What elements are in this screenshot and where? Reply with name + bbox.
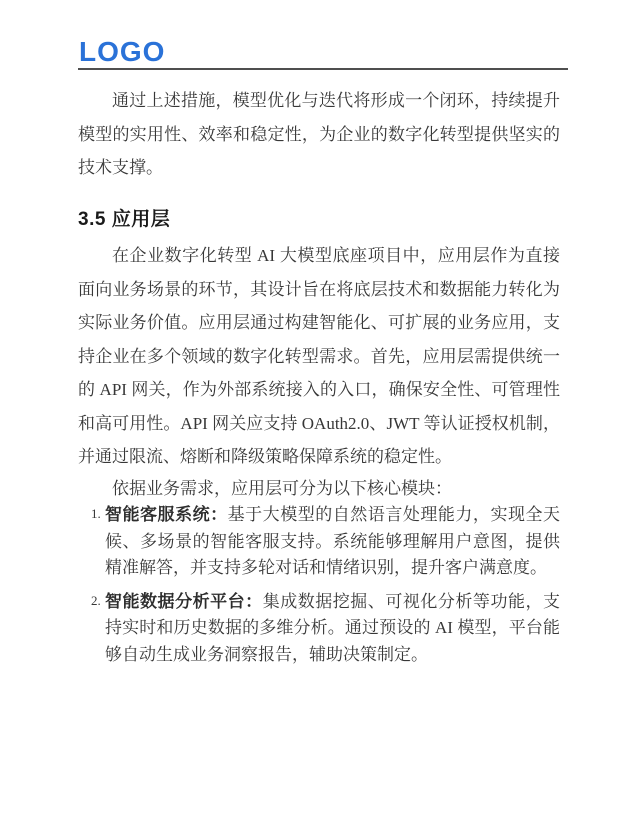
paragraph-model-optimization: 通过上述措施，模型优化与迭代将形成一个闭环，持续提升模型的实用性、效率和稳定性，… [78, 84, 560, 185]
list-item-customer-service: 1. 智能客服系统：基于大模型的自然语言处理能力，实现全天候、多场景的智能客服支… [78, 502, 560, 582]
list-number: 1. [91, 507, 101, 520]
paragraph-core-modules-lead-in: 依据业务需求，应用层可分为以下核心模块： [78, 472, 560, 506]
list-item-title: 智能数据分析平台： [105, 592, 263, 611]
document-content: 通过上述措施，模型优化与迭代将形成一个闭环，持续提升模型的实用性、效率和稳定性，… [78, 0, 560, 829]
list-item-title: 智能客服系统： [105, 505, 228, 524]
core-modules-list: 1. 智能客服系统：基于大模型的自然语言处理能力，实现全天候、多场景的智能客服支… [78, 502, 560, 675]
document-page: LOGO 通过上述措施，模型优化与迭代将形成一个闭环，持续提升模型的实用性、效率… [0, 0, 640, 829]
paragraph-application-layer-intro: 在企业数字化转型 AI 大模型底座项目中，应用层作为直接面向业务场景的环节，其设… [78, 239, 560, 474]
section-heading-3-5: 3.5 应用层 [78, 204, 170, 231]
list-number: 2. [91, 594, 101, 607]
list-item-data-analysis: 2. 智能数据分析平台：集成数据挖掘、可视化分析等功能，支持实时和历史数据的多维… [78, 589, 560, 669]
